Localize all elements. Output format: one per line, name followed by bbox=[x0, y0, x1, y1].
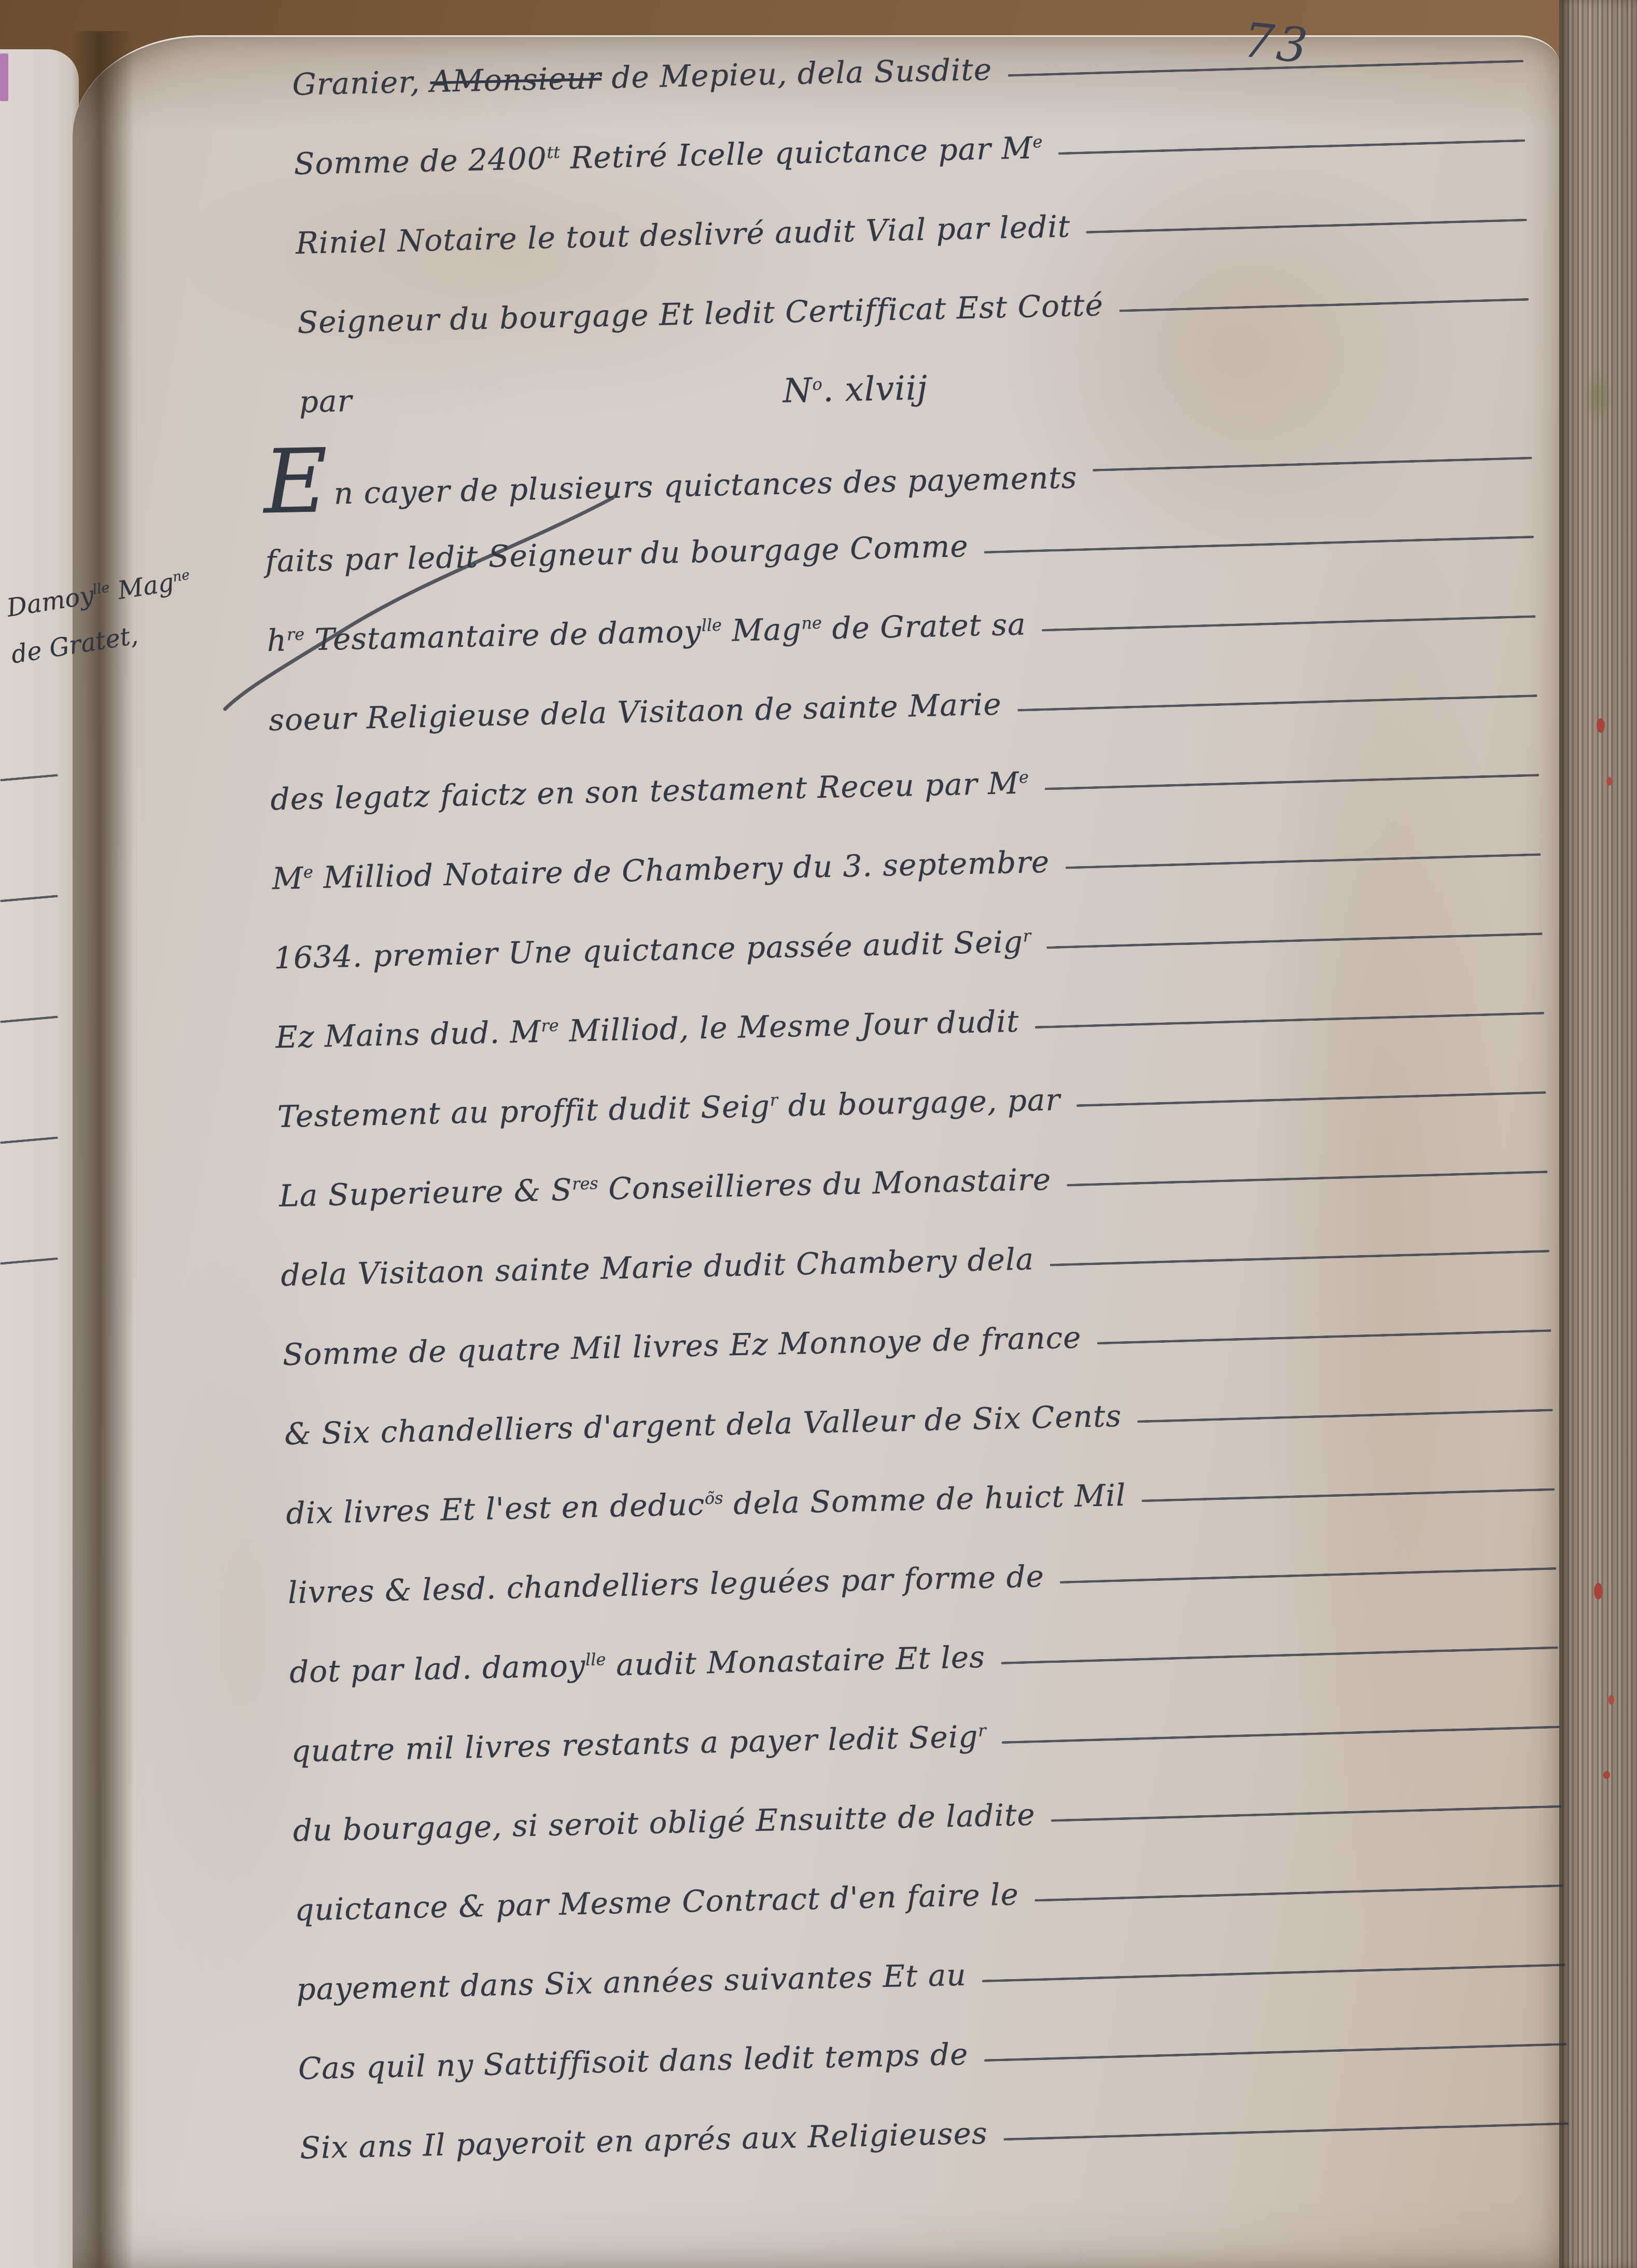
line-filler-dash bbox=[1097, 1329, 1551, 1344]
line-text: des legatz faictz en son testament Receu… bbox=[270, 765, 1029, 817]
line-filler-dash bbox=[1003, 2122, 1569, 2140]
line-text: Me Milliod Notaire de Chambery du 3. sep… bbox=[272, 844, 1050, 896]
line-filler-dash bbox=[1017, 694, 1537, 712]
struck-through-word: AMonsieur bbox=[430, 60, 602, 99]
line-text: 1634. premier Une quictance passée audit… bbox=[274, 924, 1031, 976]
line-text: dot par lad. damoylle audit Monastaire E… bbox=[289, 1639, 986, 1689]
line-text: quictance & par Mesme Contract d'en fair… bbox=[295, 1876, 1019, 1927]
superscript-abbreviation: res bbox=[572, 1173, 598, 1193]
superscript-abbreviation: re bbox=[541, 1015, 559, 1035]
flourished-initial: E bbox=[263, 457, 329, 507]
line-filler-dash bbox=[1051, 1805, 1562, 1822]
line-text: soeur Religieuse dela Visitaon de sainte… bbox=[269, 686, 1002, 738]
line-text: faits par ledit Seigneur du bourgage Com… bbox=[265, 528, 969, 579]
line-text: dix livres Et l'est en deducõs dela Somm… bbox=[286, 1477, 1126, 1530]
superscript-abbreviation: e bbox=[1032, 132, 1043, 151]
line-filler-dash bbox=[1137, 1409, 1553, 1423]
superscript-abbreviation: e bbox=[303, 862, 314, 882]
line-text: En cayer de plusieurs quictances des pay… bbox=[263, 434, 1078, 512]
superscript-abbreviation: r bbox=[1023, 926, 1031, 945]
line-filler-dash bbox=[1076, 1091, 1546, 1107]
red-speck bbox=[1597, 718, 1605, 733]
previous-folio-dash bbox=[0, 774, 58, 782]
line-filler-dash bbox=[1035, 1012, 1545, 1028]
superscript-abbreviation: r bbox=[769, 1090, 778, 1109]
line-text: & Six chandelliers d'argent dela Valleur… bbox=[284, 1398, 1122, 1451]
fore-edge-tint bbox=[1580, 358, 1616, 436]
manuscript-text: Granier, AMonsieur de Mepieu, dela Susdi… bbox=[71, 4, 1604, 2192]
superscript-abbreviation: re bbox=[287, 624, 305, 644]
ribbon-marker bbox=[0, 53, 8, 101]
line-filler-dash bbox=[1046, 933, 1542, 949]
line-text: par bbox=[299, 383, 353, 419]
photograph-of-manuscript: 73 Damoylle Magnede Gratet, Granier, AMo… bbox=[0, 0, 1637, 2268]
line-filler-dash bbox=[1065, 853, 1541, 869]
line-text: Riniel Notaire le tout deslivré audit Vi… bbox=[295, 208, 1070, 261]
line-text: Somme de 2400tt Retiré Icelle quictance … bbox=[293, 130, 1043, 181]
line-text: payement dans Six années suivantes Et au bbox=[296, 1957, 967, 2007]
line-filler-dash bbox=[1060, 1567, 1556, 1584]
previous-folio-dash bbox=[0, 895, 58, 902]
line-text: livres & lesd. chandelliers leguées par … bbox=[287, 1559, 1044, 1610]
previous-folio-dash bbox=[0, 1015, 58, 1023]
line-text: Six ans Il payeroit en aprés aux Religie… bbox=[300, 2115, 988, 2165]
superscript-abbreviation: lle bbox=[585, 1649, 606, 1669]
line-filler-dash bbox=[1067, 1171, 1548, 1187]
superscript-abbreviation: e bbox=[1019, 767, 1029, 787]
superscript-abbreviation: tt bbox=[547, 142, 560, 162]
line-filler-dash bbox=[1001, 1646, 1558, 1664]
previous-folio-dash bbox=[0, 1136, 58, 1144]
line-filler-dash bbox=[1086, 219, 1527, 234]
line-text: Testement au proffit dudit Seigr du bour… bbox=[277, 1082, 1061, 1134]
line-text: hre Testamantaire de damoylle Magne de G… bbox=[267, 606, 1026, 658]
red-speck bbox=[1594, 1583, 1603, 1599]
superscript-abbreviation: lle bbox=[92, 579, 111, 598]
red-speck bbox=[1606, 777, 1612, 786]
line-filler-dash bbox=[1058, 139, 1526, 155]
line-filler-dash bbox=[1119, 298, 1529, 312]
line-filler-dash bbox=[984, 2043, 1567, 2062]
line-text: Somme de quatre Mil livres Ez Monnoye de… bbox=[282, 1319, 1082, 1372]
red-speck bbox=[1603, 1771, 1610, 1779]
line-filler-dash bbox=[1093, 456, 1532, 471]
superscript-abbreviation: õs bbox=[705, 1488, 723, 1508]
page-number: 73 bbox=[1241, 12, 1313, 75]
superscript-abbreviation: o bbox=[812, 374, 823, 394]
line-filler-dash bbox=[984, 536, 1534, 554]
line-filler-dash bbox=[1050, 1250, 1549, 1267]
line-text: quatre mil livres restants a payer ledit… bbox=[291, 1718, 986, 1769]
previous-folio-dash bbox=[0, 1257, 58, 1265]
line-filler-dash bbox=[1042, 615, 1536, 632]
line-text: Cas quil ny Sattiffisoit dans ledit temp… bbox=[298, 2036, 969, 2086]
act-number: No. xlviij bbox=[782, 369, 928, 410]
line-filler-dash bbox=[1034, 1884, 1563, 1901]
line-text: dela Visitaon sainte Marie dudit Chamber… bbox=[281, 1241, 1034, 1293]
line-filler-dash bbox=[982, 1964, 1565, 1982]
line-text: Seigneur du bourgage Et ledit Certiffica… bbox=[297, 287, 1104, 340]
line-text: La Superieure & Sres Conseillieres du Mo… bbox=[279, 1161, 1052, 1213]
superscript-abbreviation: lle bbox=[701, 615, 722, 635]
superscript-abbreviation: ne bbox=[172, 567, 191, 586]
line-text: Ez Mains dud. Mre Milliod, le Mesme Jour… bbox=[275, 1003, 1019, 1054]
superscript-abbreviation: ne bbox=[801, 613, 822, 633]
line-text: du bourgage, si seroit obligé Ensuitte d… bbox=[292, 1797, 1036, 1848]
line-filler-dash bbox=[1044, 774, 1539, 790]
line-text: Granier, AMonsieur de Mepieu, dela Susdi… bbox=[292, 51, 992, 102]
line-filler-dash bbox=[1142, 1488, 1555, 1502]
red-speck bbox=[1608, 1695, 1614, 1705]
previous-folio-edge bbox=[0, 49, 79, 2268]
superscript-abbreviation: r bbox=[978, 1720, 986, 1740]
line-filler-dash bbox=[1002, 1726, 1560, 1744]
